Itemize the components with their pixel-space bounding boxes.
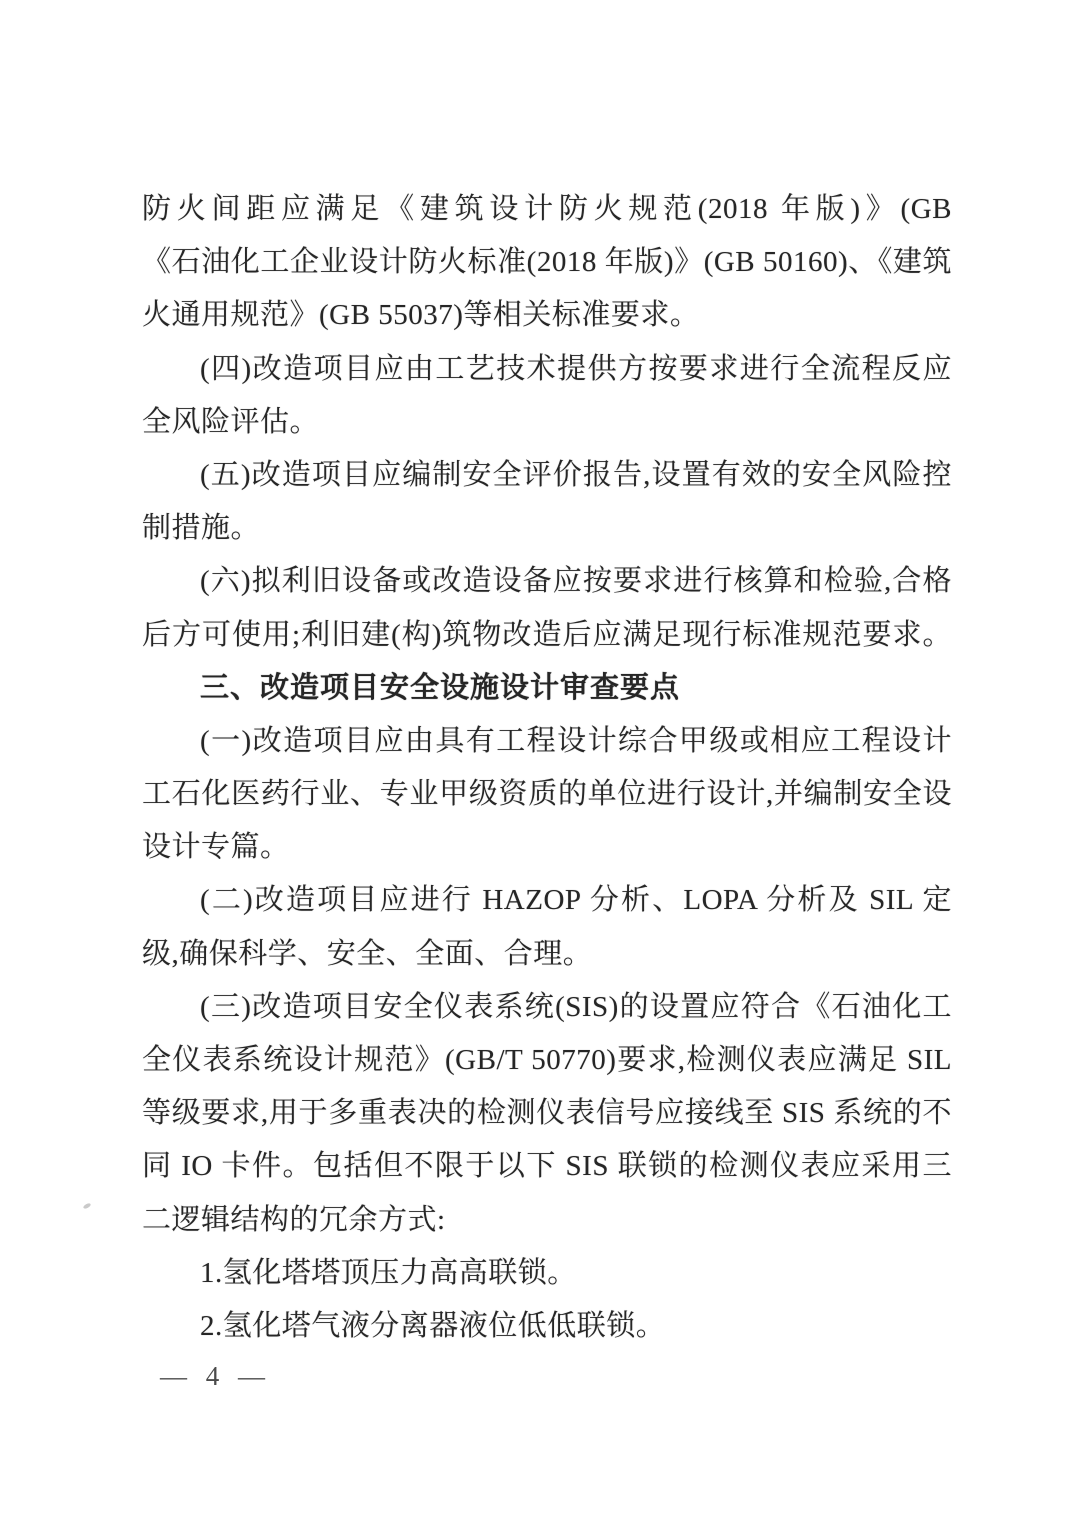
scan-artifact-dot [83,1202,92,1209]
text-line: 设计专篇。 [142,821,952,874]
text-line: 火通用规范》(GB 55037)等相关标准要求。 [142,289,952,342]
text-line: (二)改造项目应进行 HAZOP 分析、LOPA 分析及 SIL 定 [142,874,952,927]
text-line: (四)改造项目应由工艺技术提供方按要求进行全流程反应安 [142,343,952,396]
page-footer: — 4 — [160,1356,266,1396]
text-line: 1.氢化塔塔顶压力高高联锁。 [142,1247,952,1300]
document-page: 防火间距应满足《建筑设计防火规范(2018 年版)》(GB 50016)、《石油… [0,0,1080,1527]
text-line: 2.氢化塔气液分离器液位低低联锁。 [142,1300,952,1353]
text-line: (五)改造项目应编制安全评价报告,设置有效的安全风险控 [142,449,952,502]
section-heading: 三、改造项目安全设施设计审查要点 [142,662,952,715]
document-body: 防火间距应满足《建筑设计防火规范(2018 年版)》(GB 50016)、《石油… [142,183,952,1353]
text-line: 级,确保科学、安全、全面、合理。 [142,928,952,981]
text-line: 等级要求,用于多重表决的检测仪表信号应接线至 SIS 系统的不 [142,1087,952,1140]
text-line: (三)改造项目安全仪表系统(SIS)的设置应符合《石油化工安 [142,981,952,1034]
text-line: (六)拟利旧设备或改造设备应按要求进行核算和检验,合格 [142,555,952,608]
text-line: 二逻辑结构的冗余方式: [142,1194,952,1247]
text-line: 工石化医药行业、专业甲级资质的单位进行设计,并编制安全设施 [142,768,952,821]
text-line: 同 IO 卡件。包括但不限于以下 SIS 联锁的检测仪表应采用三取 [142,1140,952,1193]
text-line: 制措施。 [142,502,952,555]
text-line: 全风险评估。 [142,396,952,449]
text-line: (一)改造项目应由具有工程设计综合甲级或相应工程设计化 [142,715,952,768]
text-line: 全仪表系统设计规范》(GB/T 50770)要求,检测仪表应满足 SIL [142,1034,952,1087]
text-line: 防火间距应满足《建筑设计防火规范(2018 年版)》(GB 50016)、 [142,183,952,236]
page-number: — 4 — [160,1361,266,1391]
text-line: 《石油化工企业设计防火标准(2018 年版)》(GB 50160)、《建筑防 [142,236,952,289]
text-line: 后方可使用;利旧建(构)筑物改造后应满足现行标准规范要求。 [142,609,952,662]
